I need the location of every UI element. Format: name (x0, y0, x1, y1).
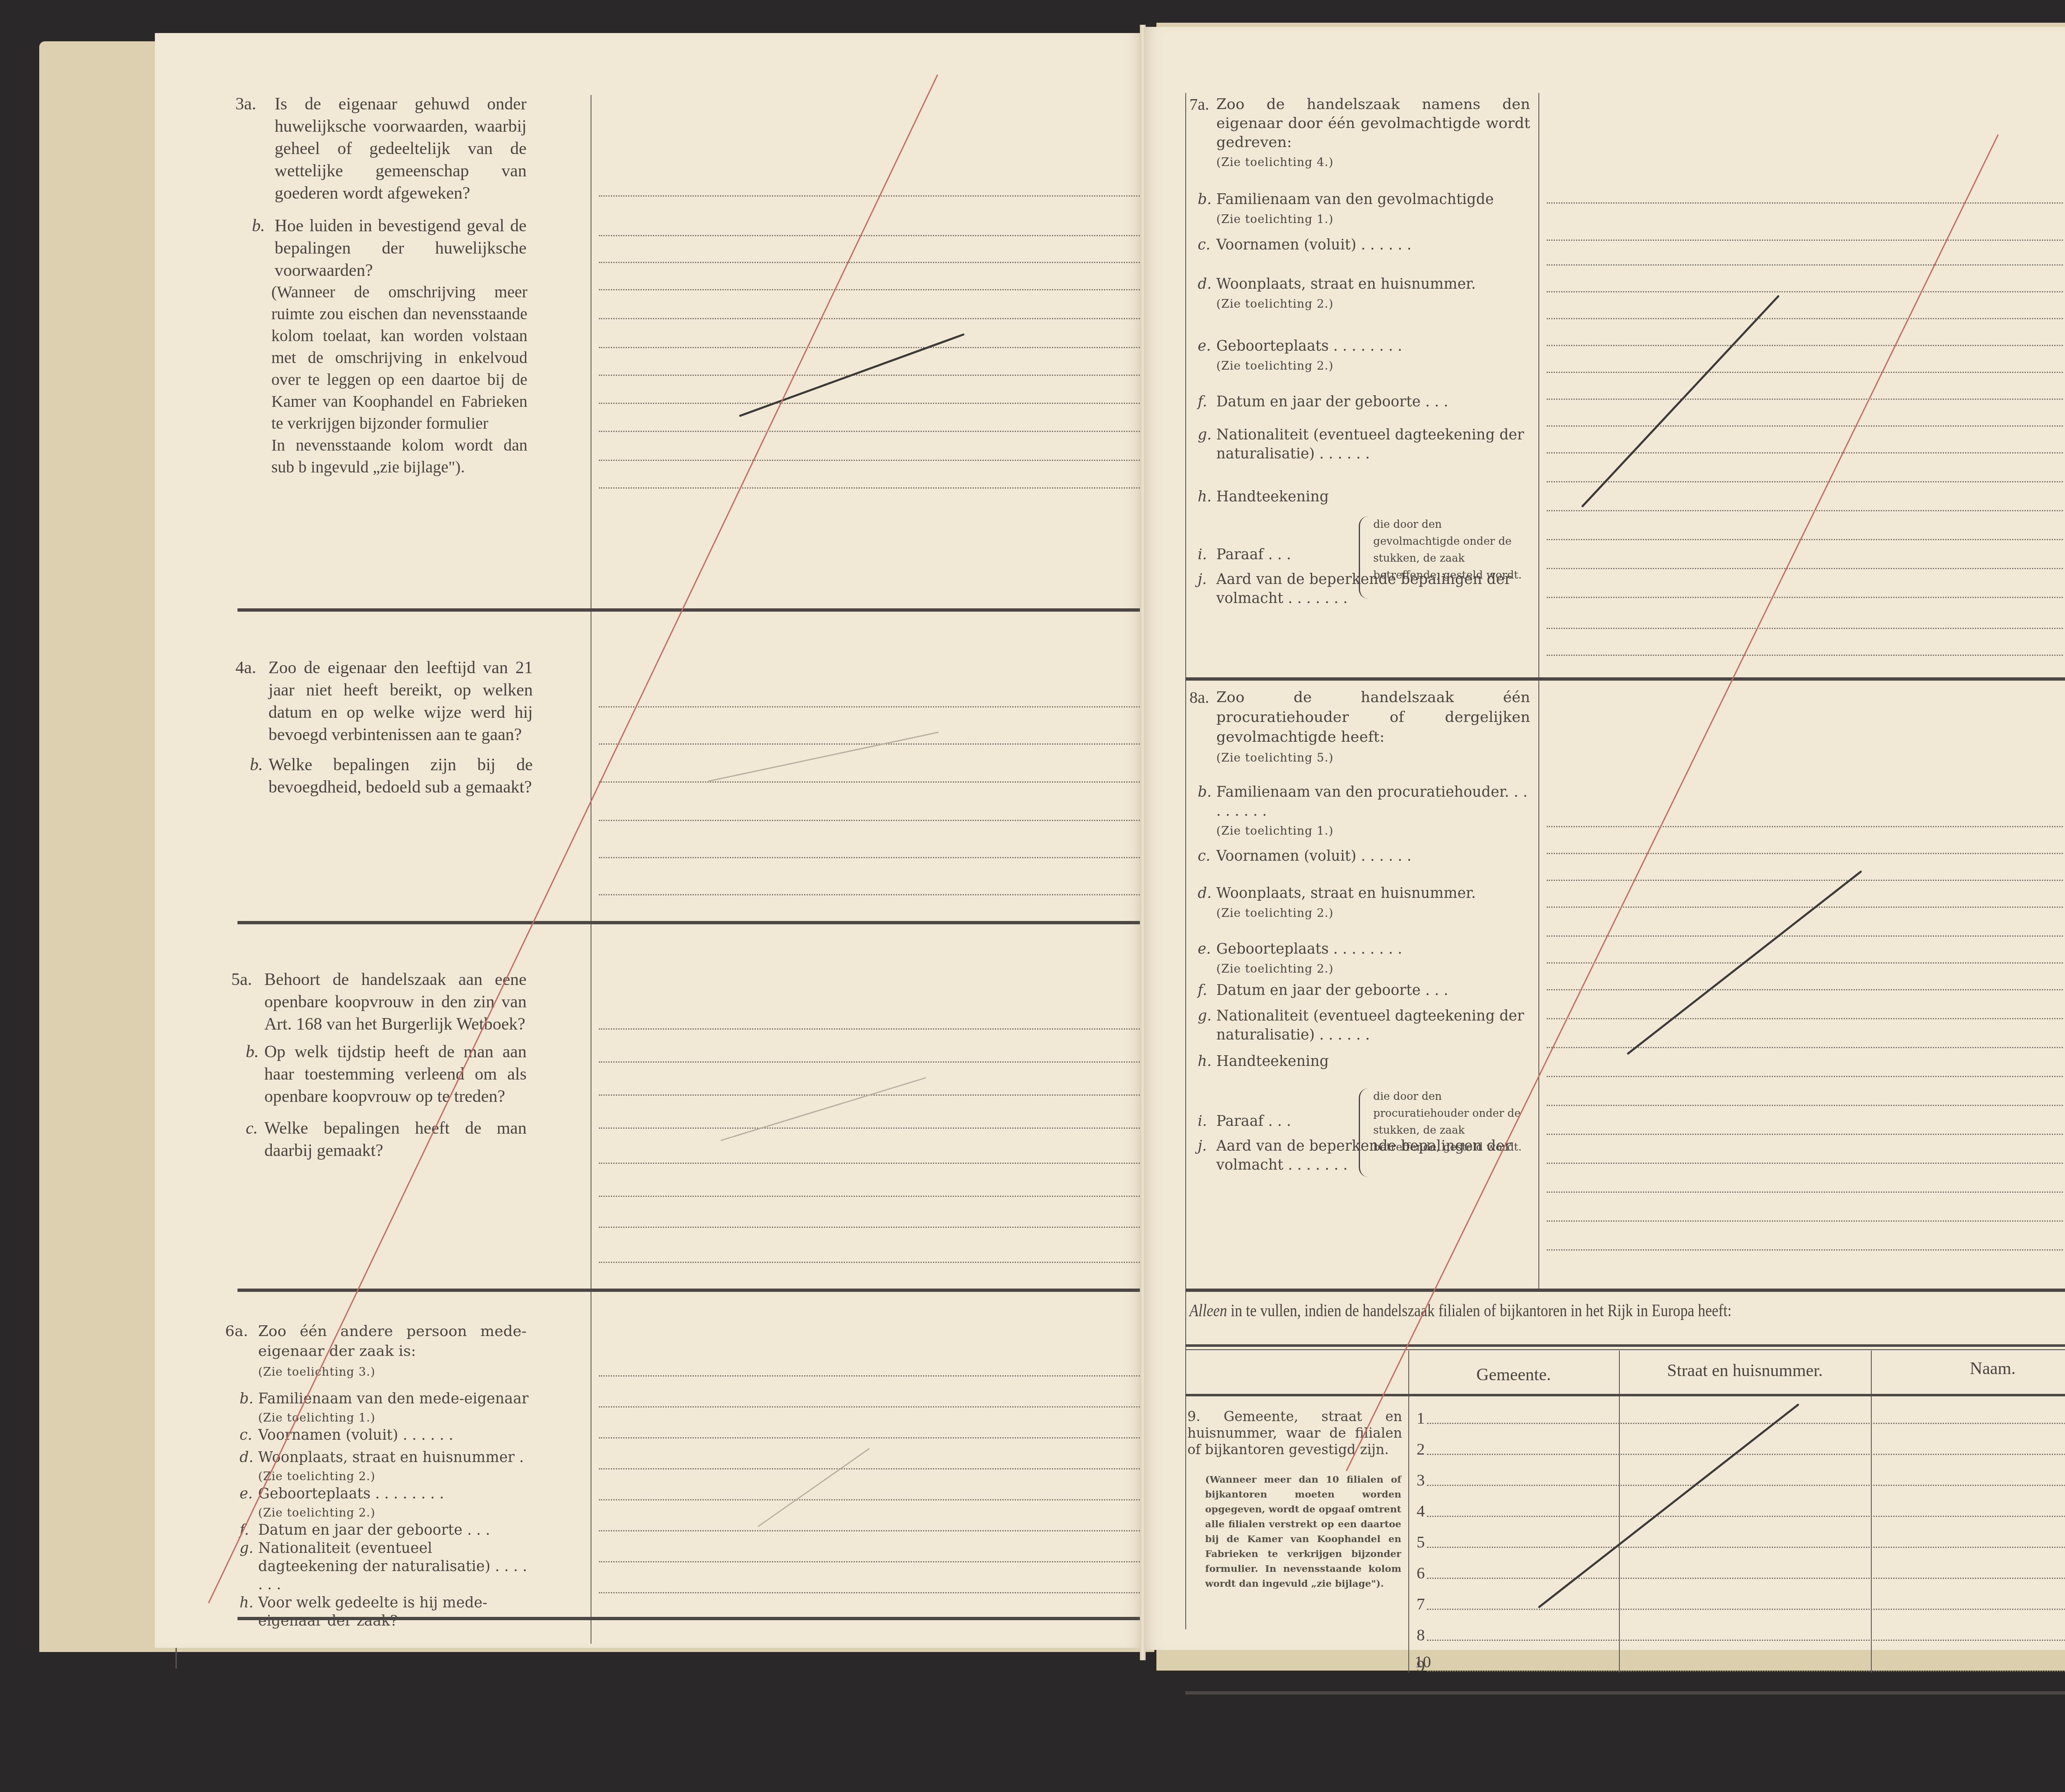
q6b: b.Familienaam van den mede-eigenaar(Zie … (258, 1390, 531, 1426)
q8c: c.Voornamen (voluit) . . . . . . (1216, 847, 1530, 884)
column-header-gemeente: Gemeente. (1408, 1365, 1619, 1385)
q3a: 3a. Is de eigenaar gehuwd onder huwelijk… (275, 93, 527, 204)
answer-line (1547, 1192, 2063, 1193)
q5a: 5a. Behoort de handelszaak aan eene open… (264, 968, 527, 1035)
section-divider (1185, 677, 2065, 681)
answer-line (599, 262, 1140, 263)
answer-line (1427, 1578, 2065, 1579)
answer-line (599, 1437, 1140, 1438)
answer-line (1547, 1249, 2063, 1251)
answer-line (599, 1163, 1140, 1164)
table-col (1619, 1351, 1620, 1673)
answer-line (1547, 202, 2063, 204)
column-header-straat: Straat en huisnummer. (1619, 1361, 1871, 1381)
q7c: c.Voornamen (voluit) . . . . . . (1216, 235, 1530, 275)
answer-line (599, 289, 1140, 290)
answer-line (599, 743, 1140, 745)
pencil-strike (721, 1077, 926, 1141)
answer-line (599, 1262, 1140, 1263)
answer-line (1427, 1485, 2065, 1486)
column-header-naam: Naam. (1871, 1359, 2065, 1379)
q3a-text: Is de eigenaar gehuwd onder huwelijksche… (275, 95, 527, 203)
answer-line (1547, 318, 2063, 319)
table-header-rule (1185, 1394, 2065, 1396)
right-page: 7a. Zoo de handelszaak namens den eigena… (1144, 27, 2065, 1650)
answer-line (599, 1127, 1140, 1129)
answer-line (1547, 240, 2063, 241)
q4a: 4a. Zoo de eigenaar den leeftijd van 21 … (268, 657, 533, 746)
answer-line (599, 403, 1140, 404)
q7d: d.Woonplaats, straat en huisnummer.(Zie … (1216, 275, 1530, 337)
answer-line (599, 1499, 1140, 1500)
answer-line (599, 820, 1140, 821)
answer-line (1427, 1454, 2065, 1455)
answer-line (1547, 1220, 2063, 1222)
answer-line (599, 781, 1140, 783)
answer-line (1547, 291, 2063, 292)
answer-line (599, 1561, 1140, 1562)
q8e: e.Geboorteplaats . . . . . . . .(Zie toe… (1216, 940, 1530, 981)
answer-line (1547, 1105, 2063, 1106)
table-col (1408, 1351, 1409, 1673)
answer-line (1547, 935, 2063, 937)
answer-line (1547, 510, 2063, 511)
row-number: 1 (1417, 1408, 1425, 1428)
q5c-text: Welke bepalingen heeft de man daarbij ge… (264, 1119, 527, 1160)
q6c: c.Voornamen (voluit) . . . . . . (258, 1426, 531, 1444)
answer-line (1547, 1076, 2063, 1077)
answer-line (1547, 989, 2063, 990)
answer-line (599, 857, 1140, 858)
answer-line (599, 1028, 1140, 1030)
answer-line (1427, 1640, 2065, 1641)
row-number: 7 (1417, 1594, 1425, 1614)
answer-line (599, 375, 1140, 376)
answer-line (1427, 1671, 2065, 1672)
answer-line (1547, 452, 2063, 453)
q6d: d.Woonplaats, straat en huisnummer .(Zie… (258, 1448, 531, 1485)
q8b: b.Familienaam van den procuratiehouder. … (1216, 783, 1530, 847)
row-number: 6 (1417, 1563, 1425, 1583)
q7e: e.Geboorteplaats . . . . . . . .(Zie toe… (1216, 337, 1530, 392)
pencil-strike (757, 1448, 870, 1527)
q6e: e.Geboorteplaats . . . . . . . .(Zie toe… (258, 1485, 531, 1521)
q3b-text: Hoe luiden in bevestigend geval de bepal… (275, 216, 527, 280)
q8a-text: Zoo de handelszaak één procuratiehouder … (1216, 689, 1530, 745)
q5c: c. Welke bepalingen heeft de man daarbij… (264, 1117, 527, 1162)
answer-line (1547, 655, 2063, 656)
q9-text: Gemeente, straat en huisnummer, waar de … (1187, 1408, 1402, 1457)
brace (1359, 1088, 1368, 1177)
q3b: b. Hoe luiden in bevestigend geval de be… (275, 215, 527, 282)
answer-line (599, 1406, 1140, 1407)
q6a: 6a. Zoo één andere persoon mede-eigenaar… (258, 1322, 527, 1381)
answer-line (599, 235, 1140, 236)
answer-line (1547, 481, 2063, 482)
brace (1359, 516, 1368, 599)
q6h: h.Voor welk gedeelte is hij mede-eigenaa… (258, 1594, 531, 1630)
answer-line (1547, 880, 2063, 881)
q8-brace-text: die door den procuratiehouder onder de s… (1373, 1088, 1530, 1156)
q7a: 7a. Zoo de handelszaak namens den eigena… (1216, 95, 1530, 171)
q7-brace-text: die door den gevolmachtigde onder de stu… (1373, 516, 1530, 584)
q5b-text: Op welk tijdstip heeft de man aan haar t… (264, 1042, 527, 1106)
answer-line (599, 1061, 1140, 1063)
section-divider (1185, 1289, 2065, 1292)
answer-line (1547, 539, 2063, 540)
answer-line (599, 706, 1140, 707)
q8f: f.Datum en jaar der geboorte . . . (1216, 981, 1530, 1006)
q7f: f.Datum en jaar der geboorte . . . (1216, 392, 1530, 425)
q7a-text: Zoo de handelszaak namens den eigenaar d… (1216, 96, 1530, 151)
column-divider (591, 95, 591, 1644)
branches-intro: Alleen in te vullen, indien de handelsza… (1189, 1301, 1976, 1321)
q3b-note: (Wanneer de omschrijving meer ruimte zou… (271, 281, 527, 478)
q4b-text: Welke bepalingen zijn bij de bevoegdheid… (268, 755, 533, 797)
q5a-text: Behoort de handelszaak aan eene openbare… (264, 970, 527, 1034)
answer-line (1547, 1134, 2063, 1135)
answer-line (1547, 1018, 2063, 1019)
column-divider (1538, 93, 1539, 1291)
answer-line (599, 318, 1140, 319)
table-top-rule (1185, 1349, 2065, 1350)
section-divider (237, 1289, 1142, 1292)
table-col (1871, 1351, 1872, 1673)
q7b: b.Familienaam van den gevolmachtigde(Zie… (1216, 190, 1530, 235)
answer-line (599, 1227, 1140, 1228)
q8a: 8a. Zoo de handelszaak één procuratiehou… (1216, 688, 1530, 767)
section-divider (237, 1617, 1142, 1620)
q9: 9. Gemeente, straat en huisnummer, waar … (1187, 1408, 1402, 1458)
answer-line (1547, 372, 2063, 373)
left-margin-rule (1185, 93, 1186, 1629)
answer-line (599, 195, 1140, 197)
table-top-rule (1185, 1344, 2065, 1347)
q3a-label: 3a. (235, 93, 256, 115)
answer-line (599, 894, 1140, 895)
row-number: 10 (1415, 1652, 1431, 1671)
answer-line (1547, 568, 2063, 569)
answer-line (1547, 1163, 2063, 1164)
q6-items: b.Familienaam van den mede-eigenaar(Zie … (258, 1390, 531, 1630)
answer-line (1547, 628, 2063, 629)
row-number: 5 (1417, 1532, 1425, 1552)
q4a-text: Zoo de eigenaar den leeftijd van 21 jaar… (268, 658, 533, 744)
answer-line (599, 431, 1140, 432)
table-bottom-rule (1185, 1691, 2065, 1695)
answer-line (599, 460, 1140, 461)
answer-line (1547, 597, 2063, 598)
answer-line (1427, 1516, 2065, 1517)
q7g: g.Nationaliteit (eventueel dagteekening … (1216, 425, 1530, 487)
answer-line (1547, 1047, 2063, 1048)
answer-line (1427, 1609, 2065, 1610)
q9-note: (Wanneer meer dan 10 filialen of bijkant… (1205, 1472, 1401, 1591)
answer-line (1427, 1547, 2065, 1548)
row-number: 2 (1417, 1439, 1425, 1459)
answer-line (599, 1530, 1140, 1531)
section-divider (237, 608, 1142, 612)
q5b: b. Op welk tijdstip heeft de man aan haa… (264, 1041, 527, 1108)
answer-line (1547, 425, 2063, 427)
q8g: g.Nationaliteit (eventueel dagteekening … (1216, 1006, 1530, 1052)
answer-line (599, 1592, 1140, 1593)
answer-line (599, 1375, 1140, 1377)
answer-line (599, 1468, 1140, 1469)
answer-line (599, 1196, 1140, 1197)
q6f: f.Datum en jaar der geboorte . . . (258, 1521, 531, 1539)
answer-line (1547, 399, 2063, 400)
section-divider (237, 921, 1142, 924)
answer-line (599, 347, 1140, 348)
q3b-label: b. (252, 215, 265, 237)
pencil-strike (708, 732, 939, 782)
answer-line (1547, 907, 2063, 908)
q6a-text: Zoo één andere persoon mede-eigenaar der… (258, 1323, 527, 1360)
answer-line (1547, 345, 2063, 346)
answer-line (1547, 853, 2063, 854)
answer-line (1427, 1423, 2065, 1424)
answer-line (1547, 962, 2063, 964)
row-number: 8 (1417, 1625, 1425, 1645)
row-number: 3 (1417, 1470, 1425, 1490)
answer-line (1547, 826, 2063, 827)
q8d: d.Woonplaats, straat en huisnummer.(Zie … (1216, 884, 1530, 940)
answer-line (1547, 264, 2063, 266)
q4b: b. Welke bepalingen zijn bij de bevoegdh… (268, 754, 533, 798)
q4a-label: 4a. (235, 657, 256, 679)
answer-line (599, 487, 1140, 489)
q6g: g.Nationaliteit (eventueel dagteekening … (258, 1539, 531, 1594)
row-number: 4 (1417, 1501, 1425, 1521)
